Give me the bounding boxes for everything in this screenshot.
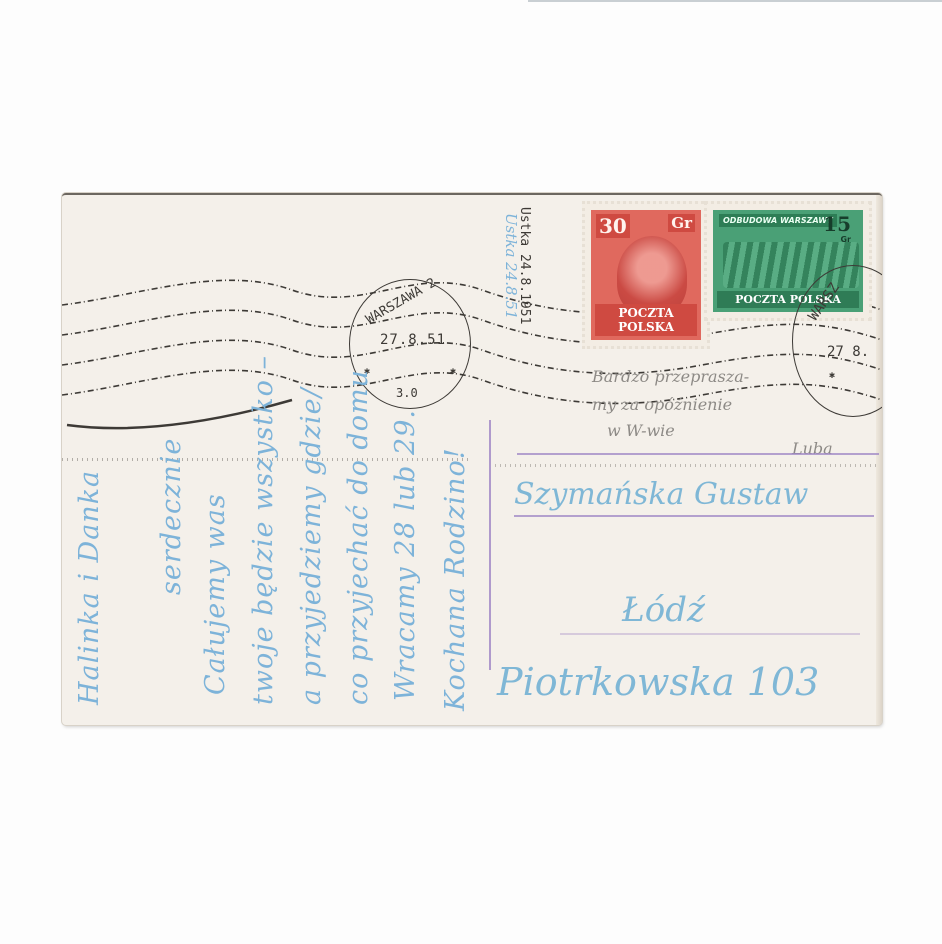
message-line: Kochana Rodzino!	[442, 231, 469, 711]
message-line: a przyjedziemy gdzie/	[298, 225, 325, 705]
sender-note-blue: Ustka 24.8.51	[502, 213, 520, 319]
stamp-badge: ODBUDOWA WARSZAWY	[719, 214, 837, 227]
pencil-line: Bardzo przeprasza-	[592, 367, 749, 386]
address-box-border	[489, 420, 491, 670]
pencil-line: w W-wie	[607, 421, 675, 440]
stamp-value: 30	[596, 214, 630, 238]
address-rule	[517, 453, 879, 455]
address-rule	[514, 515, 874, 517]
stamp-unit: Gr	[668, 214, 695, 232]
message-signature: Halinka i Danka	[76, 225, 103, 705]
stamp-value: 15	[823, 212, 851, 236]
pencil-signature: Luba	[792, 439, 833, 458]
perforation-right	[495, 464, 880, 467]
message-line: serdecznie	[158, 225, 185, 595]
address-city: Łódź	[622, 590, 705, 630]
scanner-edge	[528, 0, 942, 2]
address-street: Piotrkowska 103	[497, 660, 819, 704]
message-line: twoje będzie wszystko –	[250, 225, 277, 705]
postcard: WARSZAWA 2 27.8.51 ✱ ✱ 3.0 30 Gr POCZTA …	[62, 193, 882, 725]
star-icon: ✱	[829, 370, 835, 381]
stamp-label: POCZTA POLSKA	[595, 304, 697, 336]
address-rule	[560, 633, 860, 635]
pencil-line: my za opóźnienie	[592, 395, 732, 414]
message-line: Wracamy 28 lub 29.	[392, 231, 419, 701]
postmark-city: WARSZ	[805, 280, 842, 324]
address-name: Szymańska Gustaw	[514, 477, 808, 512]
postmark-date: 27 8.	[827, 344, 869, 360]
stamp-30-gr: 30 Gr POCZTA POLSKA	[582, 201, 710, 349]
message-line: Całujemy was	[202, 225, 229, 695]
message-line: co przyjechać do domu	[345, 225, 372, 705]
